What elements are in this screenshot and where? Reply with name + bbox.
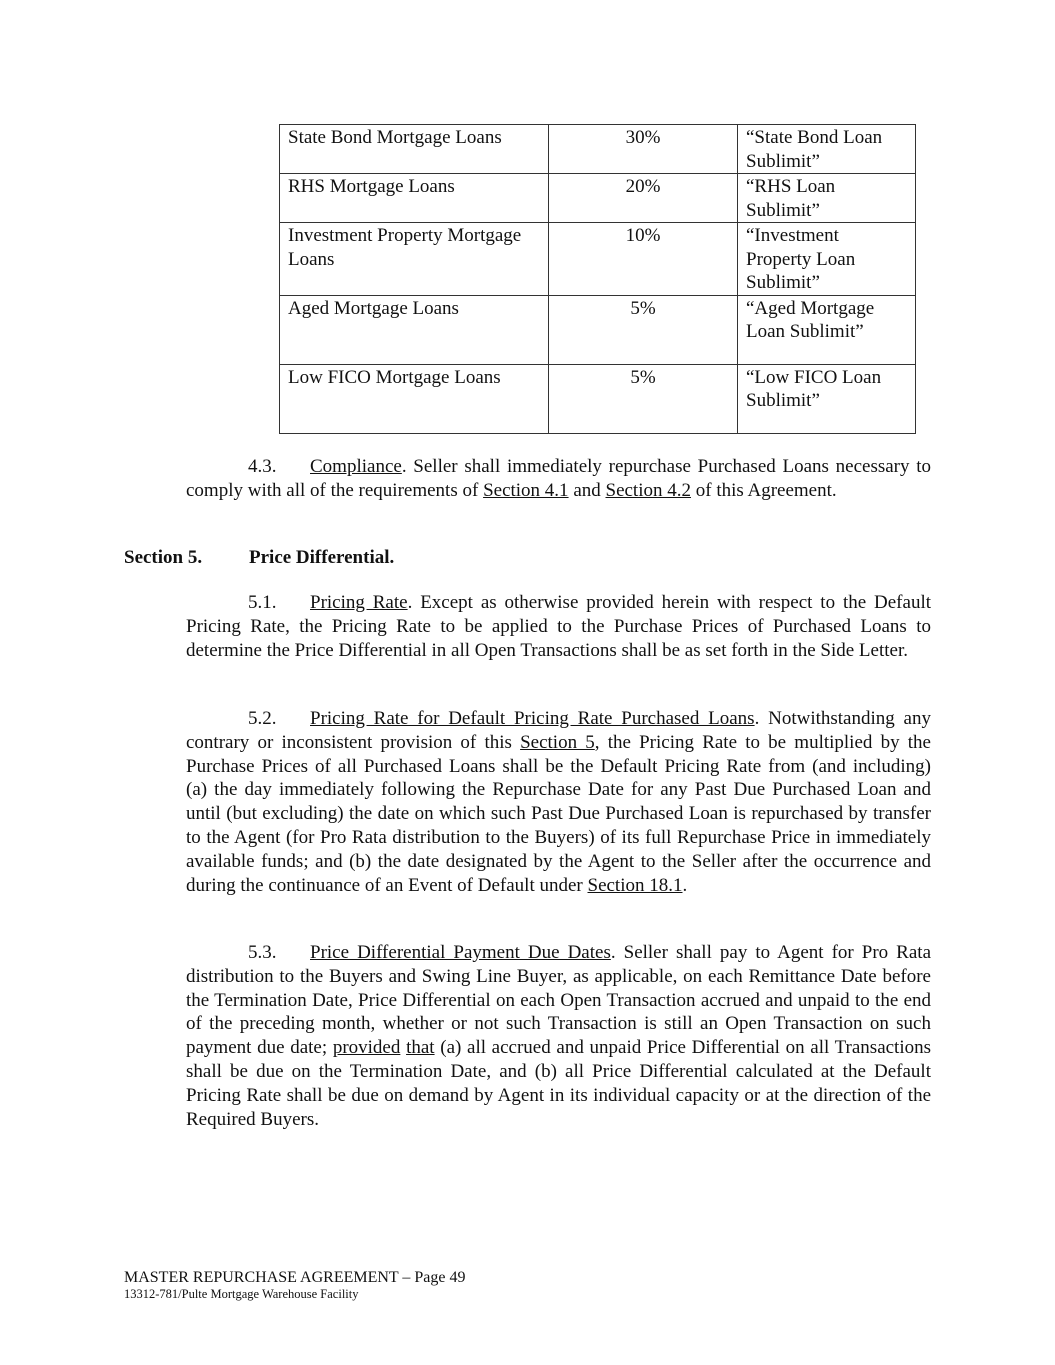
sublimit-cell: “Low FICO Loan Sublimit” — [738, 364, 916, 433]
section-heading: Section 5.Price Differential. — [124, 546, 394, 570]
cross-reference-link: Section 5 — [520, 732, 595, 753]
percent-cell: 20% — [549, 174, 738, 223]
paragraph-5-2: 5.2.Pricing Rate for Default Pricing Rat… — [186, 707, 931, 897]
paragraph-text: of this Agreement. — [691, 480, 837, 501]
paragraph-heading: Pricing Rate — [310, 592, 408, 613]
paragraph-text: . — [683, 875, 688, 896]
paragraph-5-1: 5.1.Pricing Rate. Except as otherwise pr… — [186, 591, 931, 662]
section-title: Price Differential. — [249, 547, 394, 568]
paragraph-heading: Compliance — [310, 456, 402, 477]
sublimit-table: State Bond Mortgage Loans 30% “State Bon… — [279, 124, 916, 434]
paragraph-heading: Price Differential Payment Due Dates — [310, 942, 611, 963]
cross-reference-link: Section 4.1 — [483, 480, 569, 501]
paragraph-text: and — [569, 480, 606, 501]
paragraph-5-3: 5.3.Price Differential Payment Due Dates… — [186, 941, 931, 1131]
percent-cell: 5% — [549, 295, 738, 364]
table-row: State Bond Mortgage Loans 30% “State Bon… — [280, 125, 916, 174]
sublimit-cell: “State Bond Loan Sublimit” — [738, 125, 916, 174]
section-number: Section 5. — [124, 546, 249, 570]
loan-type-cell: RHS Mortgage Loans — [280, 174, 549, 223]
sublimit-cell: “Investment Property Loan Sublimit” — [738, 223, 916, 296]
paragraph-number: 4.3. — [186, 455, 310, 479]
document-page: State Bond Mortgage Loans 30% “State Bon… — [0, 0, 1055, 1365]
footer-title: MASTER REPURCHASE AGREEMENT – Page 49 — [124, 1268, 466, 1287]
table-row: Investment Property Mortgage Loans 10% “… — [280, 223, 916, 296]
that-term: that — [406, 1037, 435, 1058]
table-row: Aged Mortgage Loans 5% “Aged Mortgage Lo… — [280, 295, 916, 364]
percent-cell: 5% — [549, 364, 738, 433]
percent-cell: 10% — [549, 223, 738, 296]
cross-reference-link: Section 18.1 — [588, 875, 683, 896]
loan-type-cell: State Bond Mortgage Loans — [280, 125, 549, 174]
paragraph-number: 5.3. — [186, 941, 310, 965]
sublimit-cell: “Aged Mortgage Loan Sublimit” — [738, 295, 916, 364]
cross-reference-link: Section 4.2 — [606, 480, 692, 501]
paragraph-text: , the Pricing Rate to be multiplied by t… — [186, 732, 931, 896]
table-row: RHS Mortgage Loans 20% “RHS Loan Sublimi… — [280, 174, 916, 223]
paragraph-number: 5.2. — [186, 707, 310, 731]
loan-type-cell: Aged Mortgage Loans — [280, 295, 549, 364]
percent-cell: 30% — [549, 125, 738, 174]
provided-term: provided — [333, 1037, 401, 1058]
loan-type-cell: Low FICO Mortgage Loans — [280, 364, 549, 433]
table-row: Low FICO Mortgage Loans 5% “Low FICO Loa… — [280, 364, 916, 433]
footer-doc-id: 13312-781/Pulte Mortgage Warehouse Facil… — [124, 1287, 466, 1302]
paragraph-heading: Pricing Rate for Default Pricing Rate Pu… — [310, 708, 755, 729]
sublimit-cell: “RHS Loan Sublimit” — [738, 174, 916, 223]
page-footer: MASTER REPURCHASE AGREEMENT – Page 49 13… — [124, 1268, 466, 1302]
paragraph-number: 5.1. — [186, 591, 310, 615]
paragraph-4-3: 4.3.Compliance. Seller shall immediately… — [186, 455, 931, 503]
loan-type-cell: Investment Property Mortgage Loans — [280, 223, 549, 296]
